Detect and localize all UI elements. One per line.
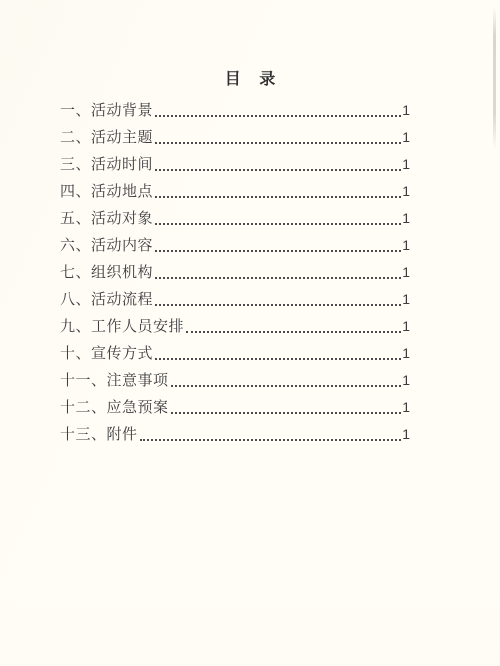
dot-leader xyxy=(155,358,401,360)
toc-entry-label: 六、活动内容 xyxy=(60,236,153,255)
toc-entry-page-number: 1 xyxy=(402,101,410,120)
toc-entry-page-number: 1 xyxy=(402,344,410,363)
toc-entry-page-number: 1 xyxy=(402,263,410,282)
toc-entry: 八、活动流程 1 xyxy=(60,282,410,309)
toc-entry-label: 八、活动流程 xyxy=(60,290,153,309)
dot-leader xyxy=(155,142,401,144)
toc-entry: 七、组织机构 1 xyxy=(60,255,410,282)
toc-entry-label: 三、活动时间 xyxy=(60,155,153,174)
toc-entry-page-number: 1 xyxy=(402,425,410,444)
dot-leader xyxy=(155,277,401,279)
toc-entry-label: 十、宣传方式 xyxy=(60,344,153,363)
dot-leader xyxy=(155,223,401,225)
dot-leader xyxy=(171,385,402,387)
toc-entry-page-number: 1 xyxy=(402,128,410,147)
toc-entry-page-number: 1 xyxy=(402,290,410,309)
toc-entry-label: 十二、应急预案 xyxy=(60,398,169,417)
toc-entry-page-number: 1 xyxy=(402,209,410,228)
dot-leader xyxy=(155,115,401,117)
document-page: 目 录 一、活动背景 1 二、活动主题 1 三、活动时间 1 四、活动地点 xyxy=(0,0,500,666)
dot-leader xyxy=(140,439,402,441)
toc-entry: 十三、附件 1 xyxy=(60,417,410,444)
toc-entry: 十一、注意事项 1 xyxy=(60,363,410,390)
toc-entry: 二、活动主题 1 xyxy=(60,120,410,147)
toc-entry: 十二、应急预案 1 xyxy=(60,390,410,417)
toc-list: 一、活动背景 1 二、活动主题 1 三、活动时间 1 四、活动地点 1 xyxy=(60,93,410,444)
dot-leader xyxy=(155,169,401,171)
dot-leader xyxy=(186,331,401,333)
dot-leader xyxy=(155,250,401,252)
toc-entry-page-number: 1 xyxy=(402,371,410,390)
toc-entry-label: 十一、注意事项 xyxy=(60,371,169,390)
dot-leader xyxy=(155,304,401,306)
dot-leader xyxy=(155,196,401,198)
toc-entry-label: 二、活动主题 xyxy=(60,128,153,147)
toc-entry-label: 九、工作人员安排 xyxy=(60,317,184,336)
toc-entry: 十、宣传方式 1 xyxy=(60,336,410,363)
toc-entry-label: 十三、附件 xyxy=(60,425,138,444)
page-title: 目 录 xyxy=(0,66,500,89)
toc-entry: 四、活动地点 1 xyxy=(60,174,410,201)
toc-entry-label: 一、活动背景 xyxy=(60,101,153,120)
dot-leader xyxy=(171,412,402,414)
toc-entry: 六、活动内容 1 xyxy=(60,228,410,255)
toc-entry-label: 五、活动对象 xyxy=(60,209,153,228)
toc-entry-page-number: 1 xyxy=(402,236,410,255)
toc-entry-label: 四、活动地点 xyxy=(60,182,153,201)
toc-entry-page-number: 1 xyxy=(402,182,410,201)
toc-entry-label: 七、组织机构 xyxy=(60,263,153,282)
toc-entry-page-number: 1 xyxy=(402,155,410,174)
toc-entry: 五、活动对象 1 xyxy=(60,201,410,228)
toc-entry: 九、工作人员安排 1 xyxy=(60,309,410,336)
toc-entry-page-number: 1 xyxy=(402,317,410,336)
toc-entry: 三、活动时间 1 xyxy=(60,147,410,174)
toc-entry: 一、活动背景 1 xyxy=(60,93,410,120)
toc-entry-page-number: 1 xyxy=(402,398,410,417)
